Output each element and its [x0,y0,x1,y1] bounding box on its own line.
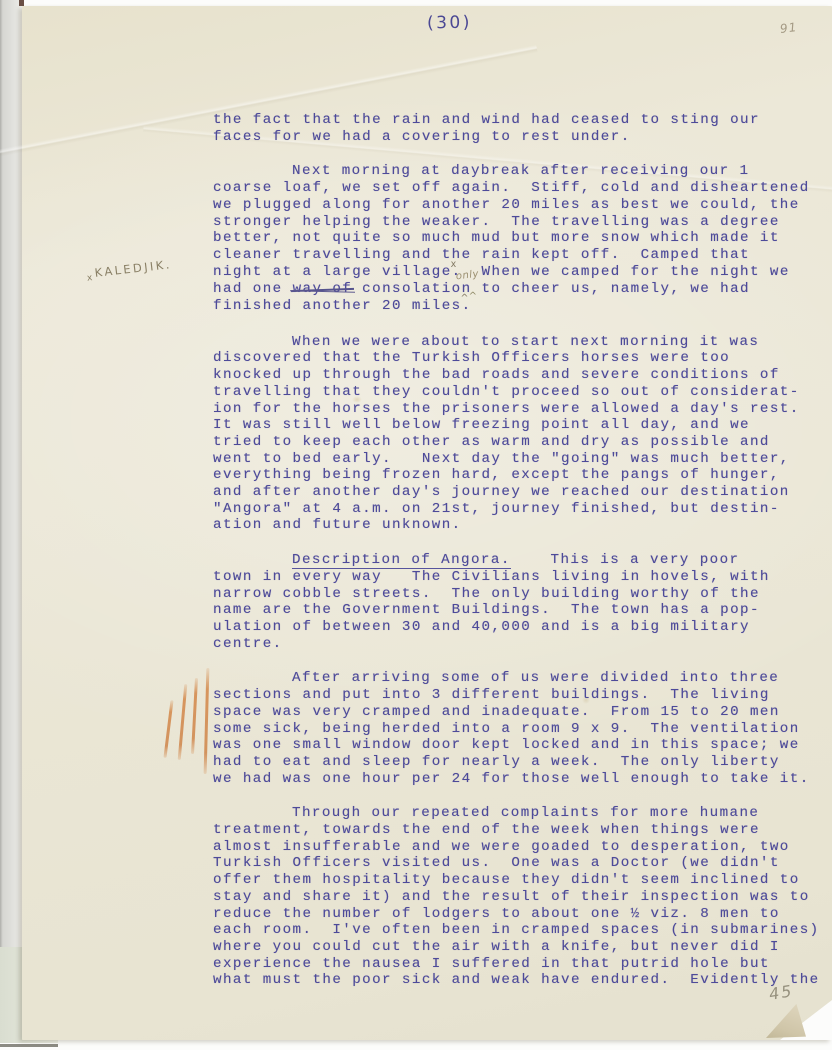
text-line: When we were about to start next morning… [213,334,832,351]
text-line: "Angora" at 4 a.m. on 21st, journey fini… [213,501,832,518]
text-line: Through our repeated complaints for more… [213,805,832,822]
text-line: the fact that the rain and wind had ceas… [213,112,832,129]
text-line: travelling that they couldn't proceed so… [213,384,832,401]
text-line: Next morning at daybreak after receiving… [213,163,832,180]
text-line: we plugged along for another 20 miles as… [213,197,832,214]
text-line: After arriving some of us were divided i… [213,670,832,687]
document-page: (30) 91 xKALEDJIK. the fact that the rai… [22,6,832,1040]
scan-edge-line [0,1044,58,1047]
text-line: offer them hospitality because they didn… [213,872,832,889]
adjacent-page-edge [0,0,23,948]
crayon-mark [204,668,209,774]
text-line: town in every way The Civilians living i… [213,569,832,586]
text-line: stay and share it) and the result of the… [213,889,832,906]
text-line: ion for the horses the prisoners were al… [213,401,832,418]
text-line: cleaner travelling and the rain kept off… [213,247,832,264]
text-line: centre. [213,636,832,653]
crayon-mark [191,678,198,754]
text-line: discovered that the Turkish Officers hor… [213,350,832,367]
text-line: tried to keep each other as warm and dry… [213,434,832,451]
paragraph: the fact that the rain and wind had ceas… [213,112,832,145]
text-line: narrow cobble streets. The only building… [213,586,832,603]
text-segment-ins: only^ [472,281,482,297]
text-line: coarse loaf, we set off again. Stiff, co… [213,180,832,197]
text-line: what must the poor sick and weak have en… [213,972,832,989]
margin-note-kaledjik: xKALEDJIK. [85,253,172,282]
text-segment: consolation [352,281,471,297]
text-line: had one way of consolation only^to cheer… [213,281,832,298]
text-line: was one small window door kept locked an… [213,737,832,754]
pencil-insertion-word: only [455,267,480,286]
text-segment: to cheer us, namely, we had [482,281,751,297]
text-line: everything being frozen hard, except the… [213,467,832,484]
text-line: ation and future unknown. [213,517,832,534]
margin-note-reference-mark: x [86,273,92,284]
paragraph: When we were about to start next morning… [213,334,832,534]
text-line: treatment, towards the end of the week w… [213,822,832,839]
text-segment: When we camped for the night we [462,264,790,280]
paragraph: Description of Angora. This is a very po… [213,552,832,652]
paragraph: After arriving some of us were divided i… [213,670,832,787]
text-line: ulation of between 30 and 40,000 and is … [213,619,832,636]
text-segment-strike: way of [293,281,353,297]
paragraph: Through our repeated complaints for more… [213,805,832,989]
pencil-insertion-caret: ^ [469,289,479,306]
text-segment: had one [213,281,293,297]
text-segment-u: Description of Angora. [292,552,511,569]
text-line: we had was one hour per 24 for those wel… [213,771,832,788]
text-line: almost insufferable and we were goaded t… [213,839,832,856]
text-line: where you could cut the air with a knife… [213,939,832,956]
text-line: experience the nausea I suffered in that… [213,956,832,973]
page-number: (30) [427,13,472,34]
text-line: and after another day's journey we reach… [213,484,832,501]
typewritten-text: the fact that the rain and wind had ceas… [213,112,832,989]
text-line: faces for we had a covering to rest unde… [213,129,832,146]
text-line: each room. I've often been in cramped sp… [213,922,832,939]
crayon-mark [163,700,173,758]
text-line: stronger helping the weaker. The travell… [213,214,832,231]
text-line: reduce the number of lodgers to about on… [213,906,832,923]
crayon-mark [178,684,188,760]
text-line: had to eat and sleep for nearly a week. … [213,754,832,771]
text-line: Description of Angora. This is a very po… [213,552,832,569]
text-line: some sick, being herded into a room 9 x … [213,721,832,738]
text-line: knocked up through the bad roads and sev… [213,367,832,384]
text-line: sections and put into 3 different buildi… [213,687,832,704]
text-line: Turkish Officers visited us. One was a D… [213,855,832,872]
text-line: night at a large village.x When we campe… [213,264,832,282]
text-line: name are the Government Buildings. The t… [213,602,832,619]
margin-note-text: KALEDJIK. [94,257,172,280]
text-segment: finished another 20 miles. [213,298,472,314]
paragraph: Next morning at daybreak after receiving… [213,163,832,315]
folio-number-top: 91 [779,20,798,36]
scan-canvas: (30) 91 xKALEDJIK. the fact that the rai… [0,0,832,1050]
text-line: finished another 20 miles.^ [213,298,832,316]
text-segment: night at a large village. [213,264,462,280]
text-line: better, not quite so much mud but more s… [213,230,832,247]
text-segment: This is a very poor [511,552,740,568]
text-line: went to bed early. Next day the "going" … [213,451,832,468]
text-line: space was very cramped and inadequate. F… [213,704,832,721]
text-line: It was still well below freezing point a… [213,417,832,434]
